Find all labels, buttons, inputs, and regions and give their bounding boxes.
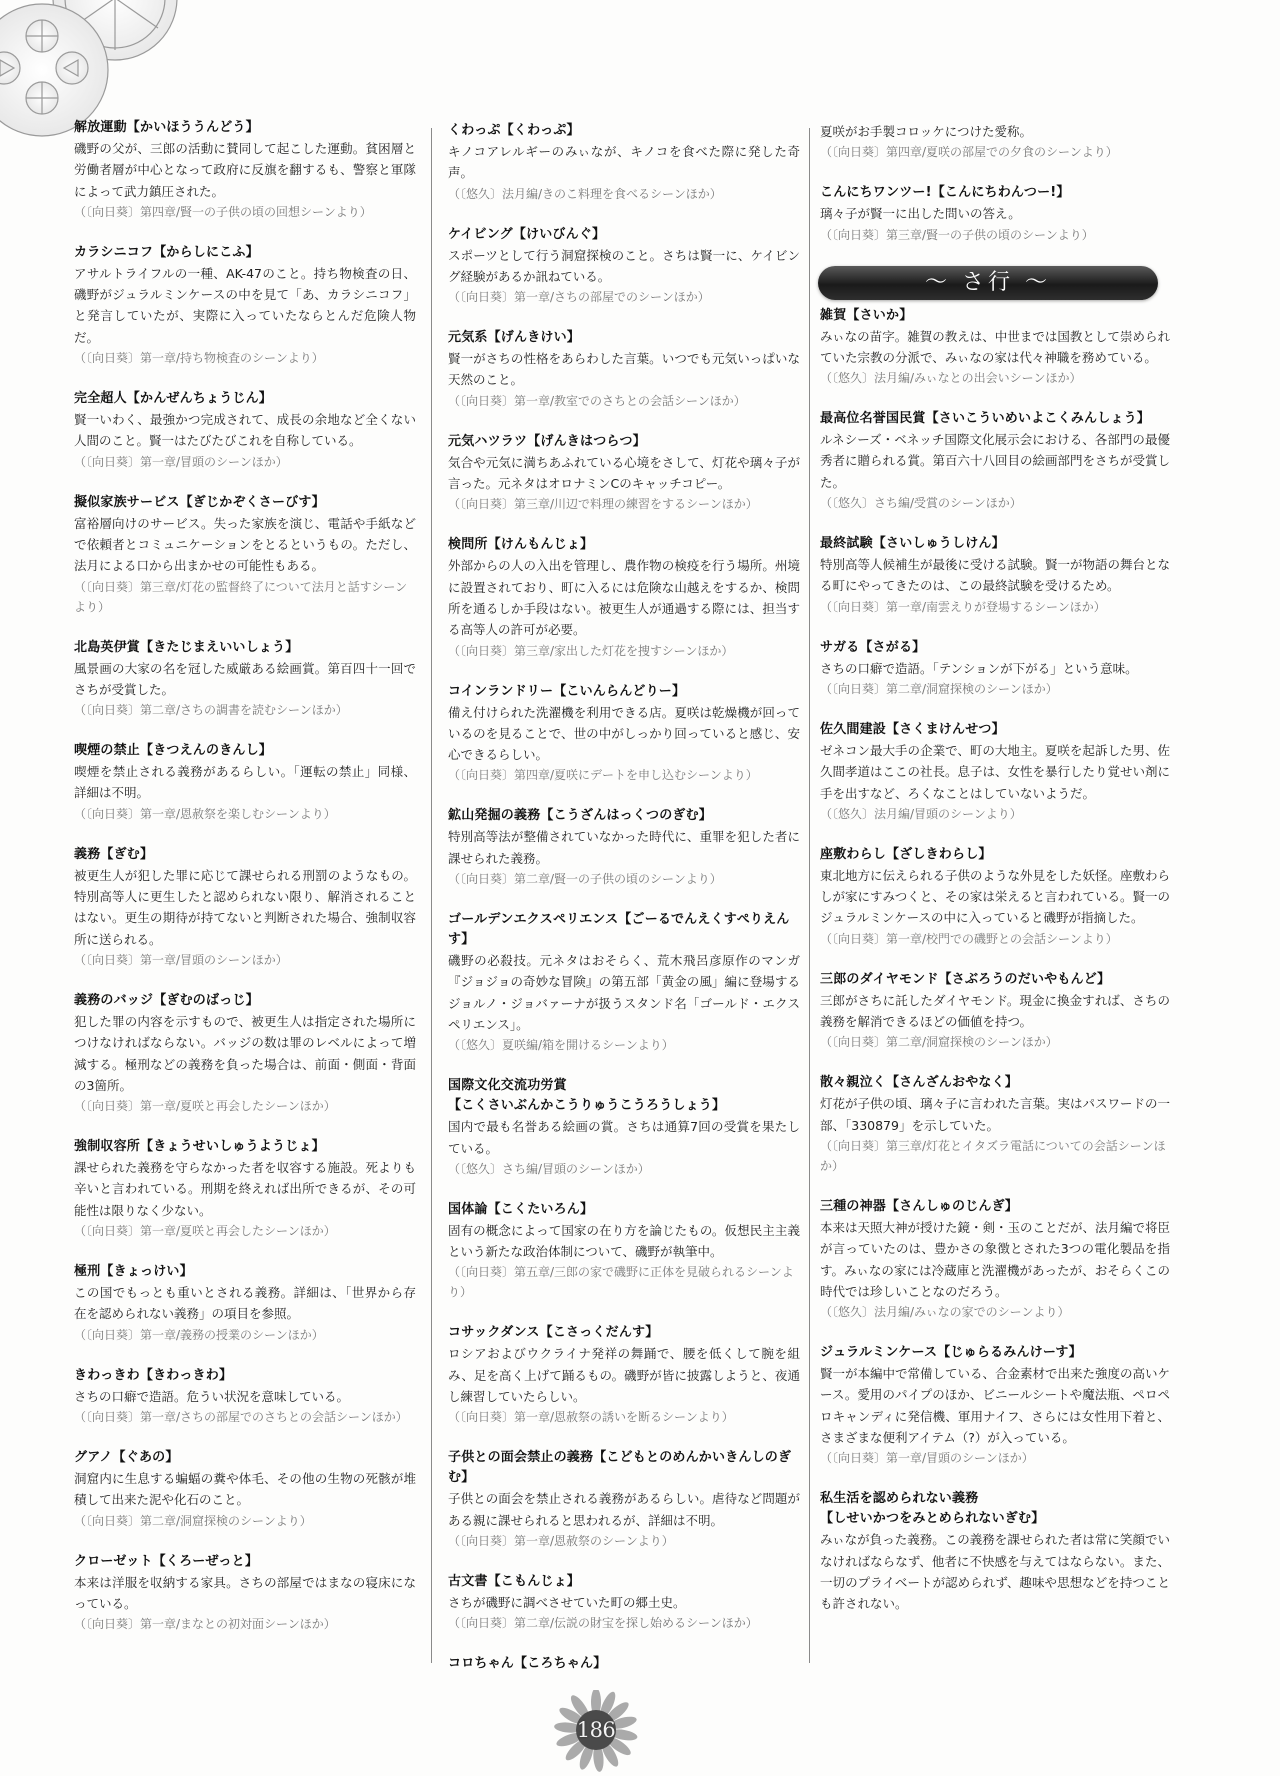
glossary-entry: 極刑【きょっけい】 この国でもっとも重いとされる義務。詳細は、「世界から存在を認…	[74, 1262, 416, 1345]
entry-source: （〔悠久〕法月編/きのこ料理を食べるシーンほか）	[448, 184, 800, 204]
entry-description: 賢一いわく、最強かつ完成されて、成長の余地など全くない人間のこと。賢一はたびたび…	[74, 409, 416, 452]
entry-source: （〔向日葵〕第一章/冒頭のシーンほか）	[74, 950, 416, 970]
entry-source: （〔向日葵〕第一章/まなとの初対面シーンほか）	[74, 1614, 416, 1634]
glossary-entry: 強制収容所【きょうせいしゅうようじょ】 課せられた義務を守らなかった者を収容する…	[74, 1137, 416, 1241]
entry-term: 国際文化交流功労賞 【こくさいぶんかこうりゅうこうろうしょう】	[448, 1076, 800, 1116]
entry-source: （〔向日葵〕第二章/賢一の子供の頃のシーンより）	[448, 869, 800, 889]
entry-source: （〔悠久〕法月編/みぃなの家でのシーンより）	[820, 1302, 1170, 1322]
entry-source: （〔向日葵〕第三章/賢一の子供の頃のシーンより）	[820, 225, 1170, 245]
entry-description: 気合や元気に満ちあふれている心境をさして、灯花や璃々子が言った。元ネタはオロナミ…	[448, 452, 800, 495]
entry-term: こんにちワンツー!【こんにちわんつー!】	[820, 183, 1170, 203]
entry-source: （〔向日葵〕第四章/夏咲の部屋での夕食のシーンより）	[820, 142, 1170, 162]
entry-term: 三郎のダイヤモンド【さぶろうのだいやもんど】	[820, 970, 1170, 990]
entry-source: （〔向日葵〕第二章/伝説の財宝を探し始めるシーンほか）	[448, 1613, 800, 1633]
entry-description: 犯した罪の内容を示すもので、被更生人は指定された場所につけなければならない。バッ…	[74, 1011, 416, 1096]
entry-source: （〔向日葵〕第一章/冒頭のシーンほか）	[74, 452, 416, 472]
column-divider	[431, 128, 432, 1663]
entry-description: みぃなが負った義務。この義務を課せられた者は常に笑顔でいなければならなず、他者に…	[820, 1529, 1170, 1614]
entry-description: さちの口癖で造語。「テンションが下がる」という意味。	[820, 658, 1170, 679]
glossary-column-1: 解放運動【かいほううんどう】 磯野の父が、三郎の活動に賛同して起こした運動。貧困…	[74, 118, 416, 1655]
entry-description: 外部からの人の入出を管理し、農作物の検疫を行う場所。州境に設置されており、町に入…	[448, 555, 800, 640]
glossary-entry: 元気系【げんきけい】 賢一がさちの性格をあらわした言葉。いつでも元気いっぱいな天…	[448, 328, 800, 411]
glossary-entry: グアノ【ぐあの】 洞窟内に生息する蝙蝠の糞や体毛、その他の生物の死骸が堆積して出…	[74, 1448, 416, 1531]
glossary-entry: 三郎のダイヤモンド【さぶろうのだいやもんど】 三郎がさちに託したダイヤモンド。現…	[820, 970, 1170, 1053]
glossary-entry: 雑賀【さいか】 みぃなの苗字。雑賀の教えは、中世までは国教として崇められていた宗…	[820, 306, 1170, 389]
entry-description: 国内で最も名誉ある絵画の賞。さちは通算7回の受賞を果たしている。	[448, 1116, 800, 1159]
entry-description: 富裕層向けのサービス。失った家族を演じ、電話や手紙などで依頼者とコミュニケーショ…	[74, 513, 416, 577]
entry-term: クローゼット【くろーぜっと】	[74, 1552, 416, 1572]
glossary-entry: きわっきわ【きわっきわ】 さちの口癖で造語。危うい状況を意味している。 （〔向日…	[74, 1366, 416, 1427]
entry-term: 北島英伊賞【きたじまえいいしょう】	[74, 638, 416, 658]
entry-description: 特別高等法が整備されていなかった時代に、重罪を犯した者に課せられた義務。	[448, 826, 800, 869]
glossary-entry: 鉱山発掘の義務【こうざんはっくつのぎむ】 特別高等法が整備されていなかった時代に…	[448, 806, 800, 889]
entry-term: ジュラルミンケース【じゅらるみんけーす】	[820, 1343, 1170, 1363]
entry-description: 被更生人が犯した罪に応じて課せられる刑罰のようなもの。特別高等人に更生したと認め…	[74, 865, 416, 950]
entry-term: 完全超人【かんぜんちょうじん】	[74, 389, 416, 409]
glossary-entry: こんにちワンツー!【こんにちわんつー!】 璃々子が賢一に出した問いの答え。 （〔…	[820, 183, 1170, 244]
entry-description: スポーツとして行う洞窟探検のこと。さちは賢一に、ケイビング経験があるか訊ねている…	[448, 245, 800, 288]
glossary-entry: 国体論【こくたいろん】 固有の概念によって国家の在り方を論じたもの。仮想民主主義…	[448, 1200, 800, 1303]
glossary-entry: 義務【ぎむ】 被更生人が犯した罪に応じて課せられる刑罰のようなもの。特別高等人に…	[74, 845, 416, 970]
entry-term: 喫煙の禁止【きつえんのきんし】	[74, 741, 416, 761]
glossary-entry: くわっぷ【くわっぷ】 キノコアレルギーのみぃなが、キノコを食べた際に発した奇声。…	[448, 121, 800, 204]
entry-term: サガる【さがる】	[820, 638, 1170, 658]
entry-source: （〔悠久〕さち編/冒頭のシーンほか）	[448, 1159, 800, 1179]
entry-source: （〔向日葵〕第四章/賢一の子供の頃の回想シーンより）	[74, 202, 416, 222]
entry-term: 検問所【けんもんじょ】	[448, 535, 800, 555]
entry-source: （〔向日葵〕第一章/夏咲と再会したシーンほか）	[74, 1096, 416, 1116]
entry-source: （〔向日葵〕第一章/夏咲と再会したシーンほか）	[74, 1221, 416, 1241]
entry-source: （〔向日葵〕第二章/洞窟探検のシーンほか）	[820, 1032, 1170, 1052]
glossary-entry: 擬似家族サービス【ぎじかぞくさーびす】 富裕層向けのサービス。失った家族を演じ、…	[74, 493, 416, 617]
entry-source: （〔向日葵〕第一章/さちの部屋でのシーンほか）	[448, 287, 800, 307]
entry-source: （〔悠久〕夏咲編/箱を開けるシーンより）	[448, 1035, 800, 1055]
glossary-entry: 佐久間建設【さくまけんせつ】 ゼネコン最大手の企業で、町の大地主。夏咲を起訴した…	[820, 720, 1170, 824]
entry-source: （〔悠久〕さち編/受賞のシーンほか）	[820, 493, 1170, 513]
glossary-entry: 最終試験【さいしゅうしけん】 特別高等人候補生が最後に受ける試験。賢一が物語の舞…	[820, 534, 1170, 617]
entry-term: ゴールデンエクスペリエンス【ごーるでんえくすぺりえんす】	[448, 910, 800, 950]
entry-description: 賢一が本編中で常備している、合金素材で出来た強度の高いケース。愛用のパイプのほか…	[820, 1363, 1170, 1448]
entry-description: この国でもっとも重いとされる義務。詳細は、「世界から存在を認められない義務」の項…	[74, 1282, 416, 1325]
glossary-entry-continued: 夏咲がお手製コロッケにつけた愛称。 （〔向日葵〕第四章/夏咲の部屋での夕食のシー…	[820, 121, 1170, 162]
entry-term: 散々親泣く【さんざんおやなく】	[820, 1073, 1170, 1093]
entry-term: 子供との面会禁止の義務【こどもとのめんかいきんしのぎむ】	[448, 1448, 800, 1488]
glossary-column-2: くわっぷ【くわっぷ】 キノコアレルギーのみぃなが、キノコを食べた際に発した奇声。…	[448, 121, 800, 1695]
page-number-badge: 186	[546, 1690, 646, 1776]
entry-description: 本来は洋服を収納する家具。さちの部屋ではまなの寝床になっている。	[74, 1572, 416, 1615]
entry-description: 磯野の必殺技。元ネタはおそらく、荒木飛呂彦原作のマンガ『ジョジョの奇妙な冒険』の…	[448, 950, 800, 1035]
entry-term: 解放運動【かいほううんどう】	[74, 118, 416, 138]
entry-term: ケイビング【けいびんぐ】	[448, 225, 800, 245]
entry-description: 固有の概念によって国家の在り方を論じたもの。仮想民主主義という新たな政治体制につ…	[448, 1220, 800, 1263]
entry-source: （〔向日葵〕第一章/恩赦祭のシーンより）	[448, 1531, 800, 1551]
entry-source: （〔向日葵〕第一章/恩赦祭を楽しむシーンより）	[74, 804, 416, 824]
entry-description: ルネシーズ・ベネッチ国際文化展示会における、各部門の最優秀者に贈られる賞。第百六…	[820, 429, 1170, 493]
entry-description: 風景画の大家の名を冠した威厳ある絵画賞。第百四十一回でさちが受賞した。	[74, 658, 416, 701]
entry-description: 洞窟内に生息する蝙蝠の糞や体毛、その他の生物の死骸が堆積して出来た泥や化石のこと…	[74, 1468, 416, 1511]
entry-description: 三郎がさちに託したダイヤモンド。現金に換金すれば、さちの義務を解消できるほどの価…	[820, 990, 1170, 1033]
entry-source: （〔向日葵〕第一章/持ち物検査のシーンより）	[74, 348, 416, 368]
entry-source: （〔向日葵〕第一章/南雲えりが登場するシーンほか）	[820, 597, 1170, 617]
entry-term: 古文書【こもんじょ】	[448, 1572, 800, 1592]
glossary-entry: 義務のバッジ【ぎむのばっじ】 犯した罪の内容を示すもので、被更生人は指定された場…	[74, 991, 416, 1116]
page-number: 186	[546, 1718, 646, 1742]
entry-term: 鉱山発掘の義務【こうざんはっくつのぎむ】	[448, 806, 800, 826]
entry-description: さちの口癖で造語。危うい状況を意味している。	[74, 1386, 416, 1407]
glossary-entry: 元気ハツラツ【げんきはつらつ】 気合や元気に満ちあふれている心境をさして、灯花や…	[448, 432, 800, 515]
glossary-entry: ゴールデンエクスペリエンス【ごーるでんえくすぺりえんす】 磯野の必殺技。元ネタは…	[448, 910, 800, 1055]
column-divider	[809, 128, 810, 1663]
entry-term: 元気ハツラツ【げんきはつらつ】	[448, 432, 800, 452]
glossary-entry: 検問所【けんもんじょ】 外部からの人の入出を管理し、農作物の検疫を行う場所。州境…	[448, 535, 800, 660]
glossary-entry: クローゼット【くろーぜっと】 本来は洋服を収納する家具。さちの部屋ではまなの寝床…	[74, 1552, 416, 1635]
entry-source: （〔向日葵〕第一章/冒頭のシーンほか）	[820, 1448, 1170, 1468]
entry-source: （〔向日葵〕第三章/灯花の監督終了について法月と話すシーンより）	[74, 577, 416, 617]
glossary-entry: 喫煙の禁止【きつえんのきんし】 喫煙を禁止される義務があるらしい。「運転の禁止」…	[74, 741, 416, 824]
entry-term: コインランドリー【こいんらんどりー】	[448, 682, 800, 702]
glossary-entry: 私生活を認められない義務 【しせいかつをみとめられないぎむ】 みぃなが負った義務…	[820, 1489, 1170, 1614]
entry-term: 私生活を認められない義務 【しせいかつをみとめられないぎむ】	[820, 1489, 1170, 1529]
entry-description: キノコアレルギーのみぃなが、キノコを食べた際に発した奇声。	[448, 141, 800, 184]
entry-source: （〔向日葵〕第三章/家出した灯花を捜すシーンほか）	[448, 641, 800, 661]
glossary-entry: 古文書【こもんじょ】 さちが磯野に調べさせていた町の郷土史。 （〔向日葵〕第二章…	[448, 1572, 800, 1633]
entry-source: （〔向日葵〕第一章/さちの部屋でのさちとの会話シーンほか）	[74, 1407, 416, 1427]
entry-source: （〔向日葵〕第二章/洞窟探検のシーンより）	[74, 1511, 416, 1531]
entry-term: 強制収容所【きょうせいしゅうようじょ】	[74, 1137, 416, 1157]
entry-term: 国体論【こくたいろん】	[448, 1200, 800, 1220]
glossary-entry: ジュラルミンケース【じゅらるみんけーす】 賢一が本編中で常備している、合金素材で…	[820, 1343, 1170, 1468]
entry-description: 本来は天照大神が授けた鏡・剣・玉のことだが、法月編で将臣が言っていたのは、豊かさ…	[820, 1217, 1170, 1302]
entry-term: 義務【ぎむ】	[74, 845, 416, 865]
entry-term: 最高位名誉国民賞【さいこういめいよこくみんしょう】	[820, 409, 1170, 429]
entry-description: さちが磯野に調べさせていた町の郷土史。	[448, 1592, 800, 1613]
glossary-entry: コインランドリー【こいんらんどりー】 備え付けられた洗濯機を利用できる店。夏咲は…	[448, 682, 800, 786]
entry-term: グアノ【ぐあの】	[74, 1448, 416, 1468]
entry-term: カラシニコフ【からしにこふ】	[74, 243, 416, 263]
entry-source: （〔向日葵〕第一章/校門での磯野との会話シーンより）	[820, 929, 1170, 949]
glossary-entry: サガる【さがる】 さちの口癖で造語。「テンションが下がる」という意味。 （〔向日…	[820, 638, 1170, 699]
entry-term: コサックダンス【こさっくだんす】	[448, 1323, 800, 1343]
entry-description: 磯野の父が、三郎の活動に賛同して起こした運動。貧困層と労働者層が中心となって政府…	[74, 138, 416, 202]
section-header-sa-row: 〜 さ行 〜	[818, 266, 1158, 300]
entry-source: （〔向日葵〕第三章/川辺で料理の練習をするシーンほか）	[448, 494, 800, 514]
glossary-entry: ケイビング【けいびんぐ】 スポーツとして行う洞窟探検のこと。さちは賢一に、ケイビ…	[448, 225, 800, 308]
entry-source: （〔向日葵〕第一章/教室でのさちとの会話シーンほか）	[448, 391, 800, 411]
glossary-entry: 三種の神器【さんしゅのじんぎ】 本来は天照大神が授けた鏡・剣・玉のことだが、法月…	[820, 1197, 1170, 1322]
entry-term: 最終試験【さいしゅうしけん】	[820, 534, 1170, 554]
entry-term: 元気系【げんきけい】	[448, 328, 800, 348]
entry-source: （〔向日葵〕第一章/義務の授業のシーンほか）	[74, 1325, 416, 1345]
glossary-entry: 解放運動【かいほううんどう】 磯野の父が、三郎の活動に賛同して起こした運動。貧困…	[74, 118, 416, 222]
entry-source: （〔向日葵〕第二章/洞窟探検のシーンほか）	[820, 679, 1170, 699]
glossary-entry: 国際文化交流功労賞 【こくさいぶんかこうりゅうこうろうしょう】 国内で最も名誉あ…	[448, 1076, 800, 1179]
entry-term: 擬似家族サービス【ぎじかぞくさーびす】	[74, 493, 416, 513]
entry-source: （〔向日葵〕第一章/恩赦祭の誘いを断るシーンより）	[448, 1407, 800, 1427]
entry-source: （〔向日葵〕第三章/灯花とイタズラ電話についての会話シーンほか）	[820, 1136, 1170, 1176]
glossary-entry: 北島英伊賞【きたじまえいいしょう】 風景画の大家の名を冠した威厳ある絵画賞。第百…	[74, 638, 416, 721]
glossary-entry: 散々親泣く【さんざんおやなく】 灯花が子供の頃、璃々子に言われた言葉。実はパスワ…	[820, 1073, 1170, 1176]
entry-description: 賢一がさちの性格をあらわした言葉。いつでも元気いっぱいな天然のこと。	[448, 348, 800, 391]
glossary-entry: 座敷わらし【ざしきわらし】 東北地方に伝えられる子供のような外見をした妖怪。座敷…	[820, 845, 1170, 949]
glossary-entry: コロちゃん【ころちゃん】	[448, 1654, 800, 1674]
entry-description: ゼネコン最大手の企業で、町の大地主。夏咲を起訴した男、佐久間孝道はここの社長。息…	[820, 740, 1170, 804]
entry-description: 課せられた義務を守らなかった者を収容する施設。死よりも辛いと言われている。刑期を…	[74, 1157, 416, 1221]
glossary-entry: 最高位名誉国民賞【さいこういめいよこくみんしょう】 ルネシーズ・ベネッチ国際文化…	[820, 409, 1170, 513]
glossary-entry: カラシニコフ【からしにこふ】 アサルトライフルの一種、AK-47のこと。持ち物検…	[74, 243, 416, 368]
entry-description: 子供との面会を禁止される義務があるらしい。虐待など問題がある親に課せられると思わ…	[448, 1488, 800, 1531]
entry-term: 極刑【きょっけい】	[74, 1262, 416, 1282]
entry-description: 喫煙を禁止される義務があるらしい。「運転の禁止」同様、詳細は不明。	[74, 761, 416, 804]
glossary-entry: 子供との面会禁止の義務【こどもとのめんかいきんしのぎむ】 子供との面会を禁止され…	[448, 1448, 800, 1551]
entry-description: 東北地方に伝えられる子供のような外見をした妖怪。座敷わらしが家にすみつくと、その…	[820, 865, 1170, 929]
entry-term: 三種の神器【さんしゅのじんぎ】	[820, 1197, 1170, 1217]
entry-source: （〔向日葵〕第五章/三郎の家で磯野に正体を見破られるシーンより）	[448, 1262, 800, 1302]
entry-term: くわっぷ【くわっぷ】	[448, 121, 800, 141]
entry-term: きわっきわ【きわっきわ】	[74, 1366, 416, 1386]
glossary-entry: 完全超人【かんぜんちょうじん】 賢一いわく、最強かつ完成されて、成長の余地など全…	[74, 389, 416, 472]
entry-term: コロちゃん【ころちゃん】	[448, 1654, 800, 1674]
entry-description: アサルトライフルの一種、AK-47のこと。持ち物検査の日、磯野がジュラルミンケー…	[74, 263, 416, 348]
entry-description: 灯花が子供の頃、璃々子に言われた言葉。実はパスワードの一部、「330879」を示…	[820, 1093, 1170, 1136]
entry-source: （〔悠久〕法月編/みぃなとの出会いシーンほか）	[820, 368, 1170, 388]
glossary-entry: コサックダンス【こさっくだんす】 ロシアおよびウクライナ発祥の舞踊で、腰を低くし…	[448, 1323, 800, 1427]
entry-description: 夏咲がお手製コロッケにつけた愛称。	[820, 121, 1170, 142]
entry-description: 備え付けられた洗濯機を利用できる店。夏咲は乾燥機が回っているのを見ることで、世の…	[448, 702, 800, 766]
entry-description: 璃々子が賢一に出した問いの答え。	[820, 203, 1170, 224]
entry-description: ロシアおよびウクライナ発祥の舞踊で、腰を低くして腕を組み、足を高く上げて踊るもの…	[448, 1343, 800, 1407]
entry-term: 座敷わらし【ざしきわらし】	[820, 845, 1170, 865]
entry-description: 特別高等人候補生が最後に受ける試験。賢一が物語の舞台となる町にやってきたのは、こ…	[820, 554, 1170, 597]
entry-term: 佐久間建設【さくまけんせつ】	[820, 720, 1170, 740]
entry-source: （〔悠久〕法月編/冒頭のシーンより）	[820, 804, 1170, 824]
entry-term: 義務のバッジ【ぎむのばっじ】	[74, 991, 416, 1011]
glossary-column-3: 夏咲がお手製コロッケにつけた愛称。 （〔向日葵〕第四章/夏咲の部屋での夕食のシー…	[820, 121, 1170, 1636]
entry-source: （〔向日葵〕第四章/夏咲にデートを申し込むシーンより）	[448, 765, 800, 785]
entry-term: 雑賀【さいか】	[820, 306, 1170, 326]
entry-source: （〔向日葵〕第二章/さちの調書を読むシーンほか）	[74, 700, 416, 720]
entry-description: みぃなの苗字。雑賀の教えは、中世までは国教として崇められていた宗教の分派で、みぃ…	[820, 326, 1170, 369]
